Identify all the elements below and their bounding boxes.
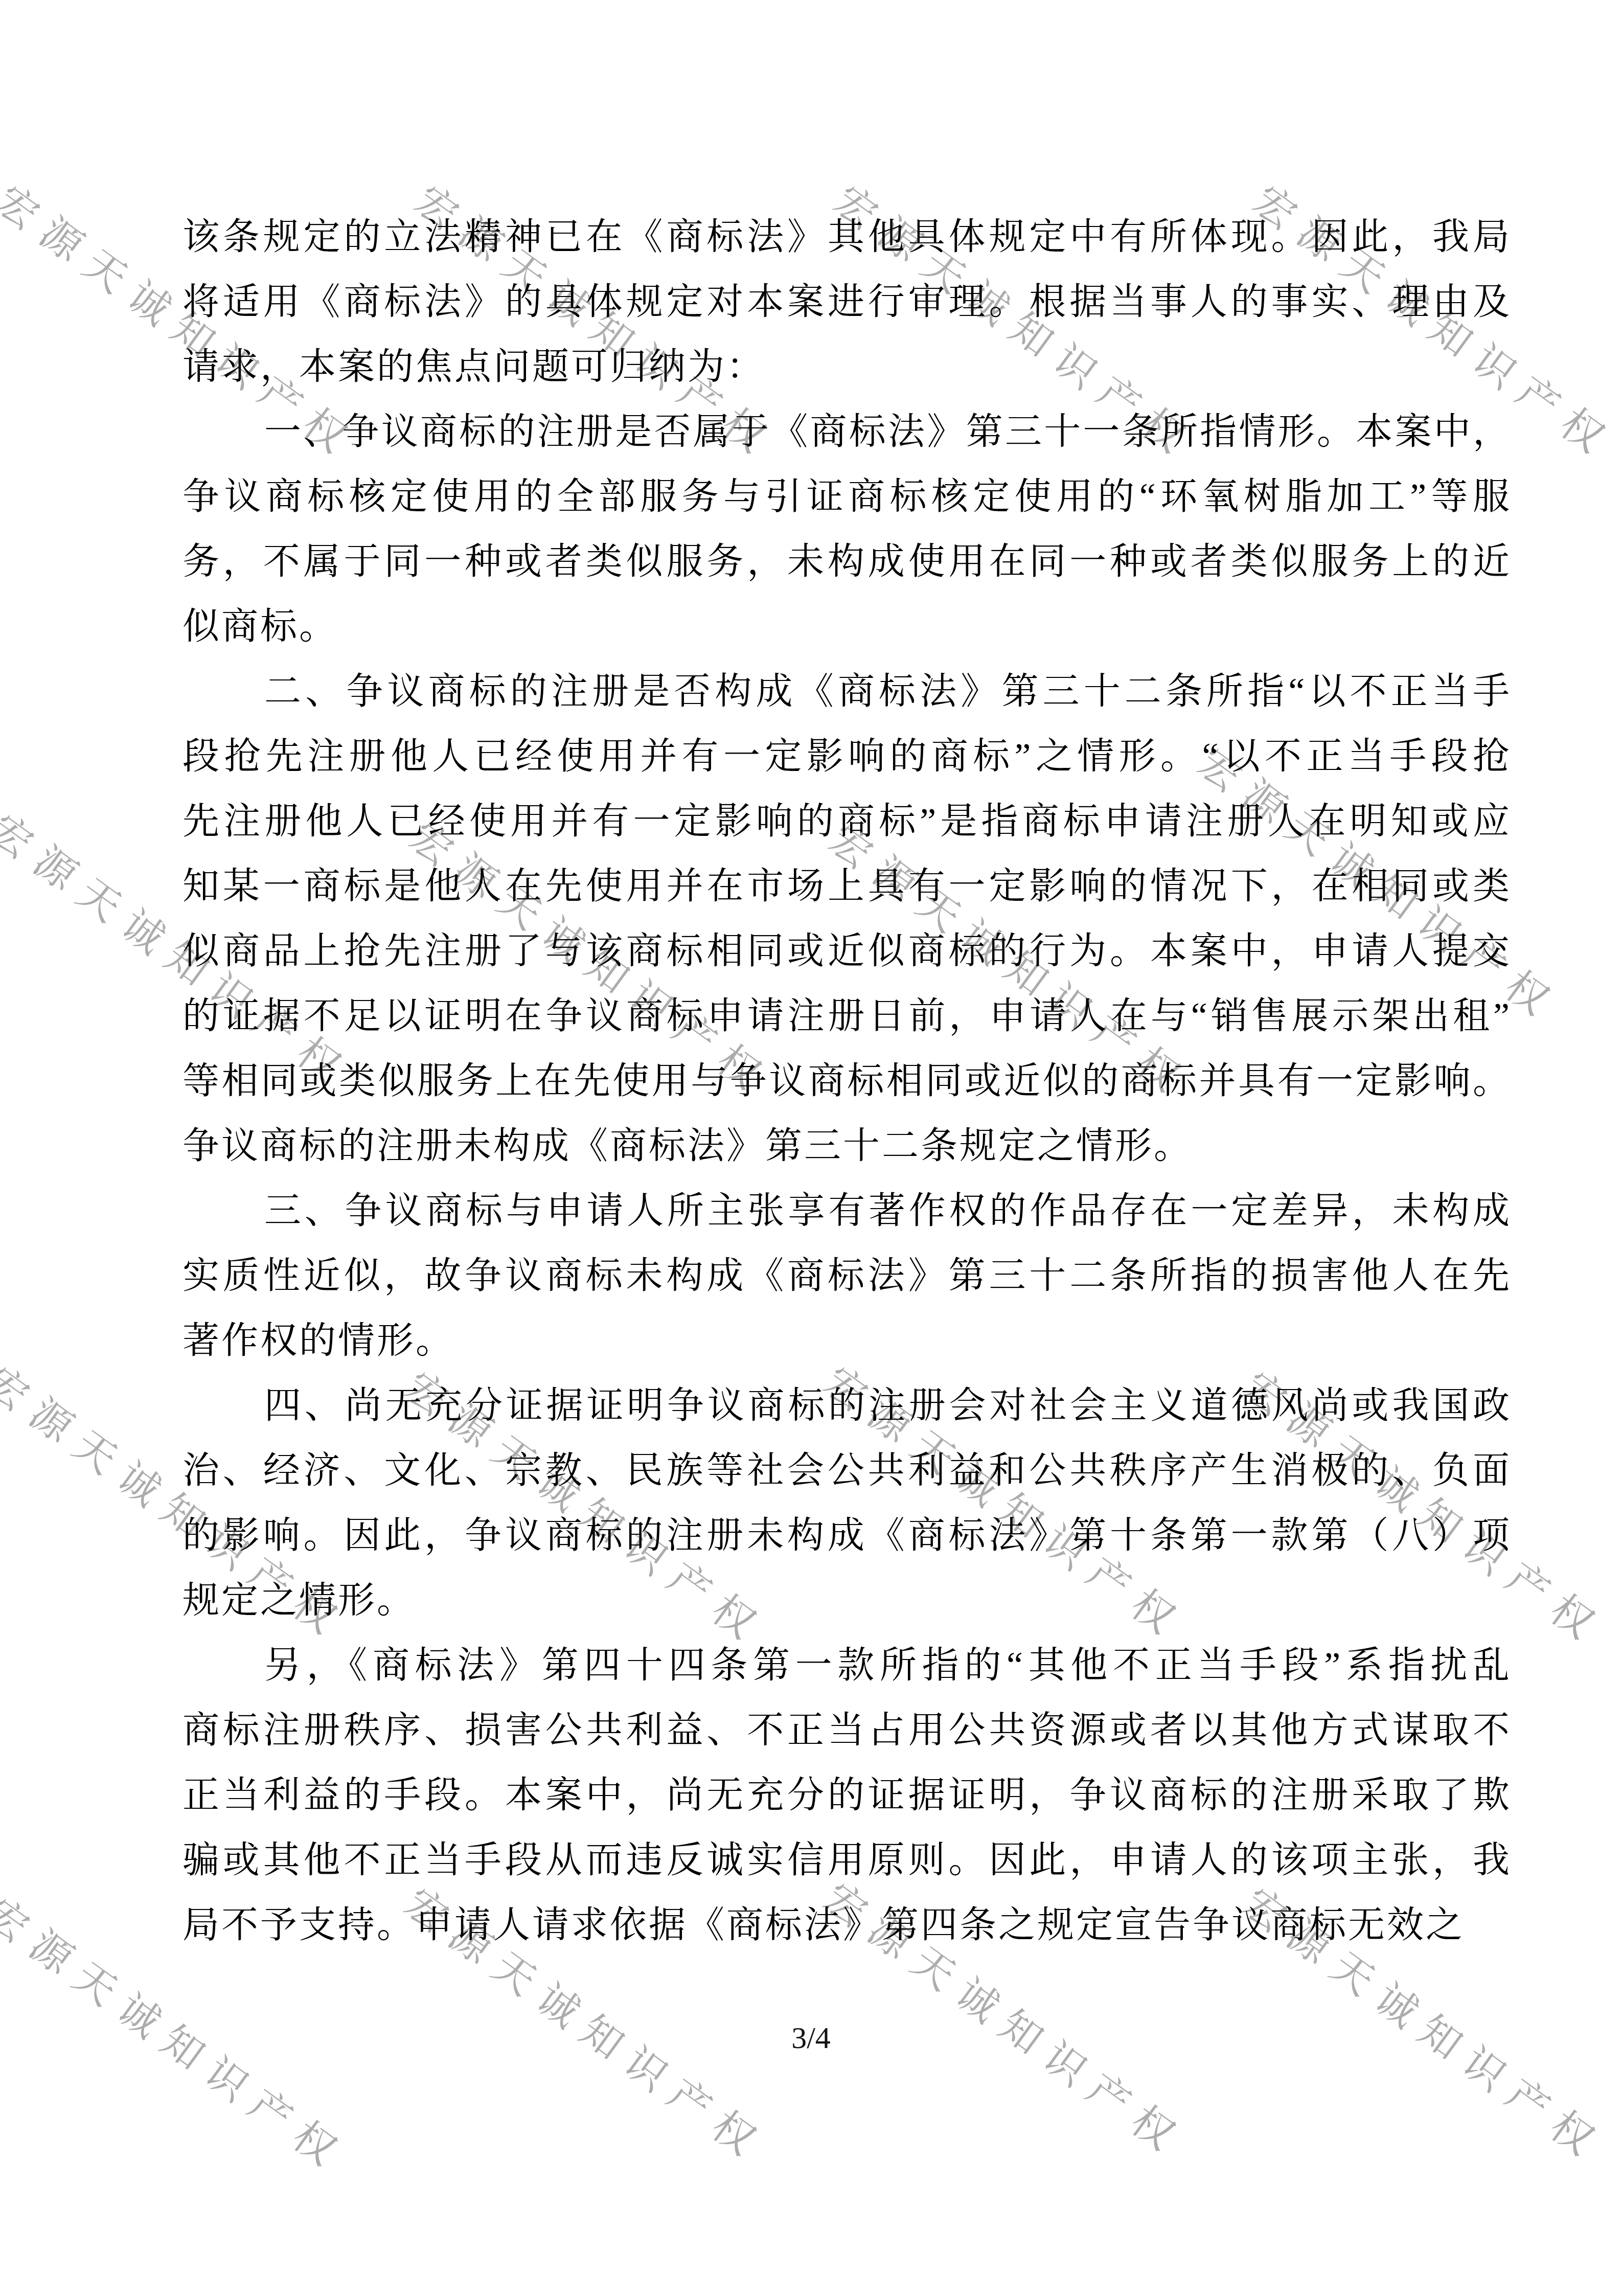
text-line: 一、争议商标的注册是否属于《商标法》第三十一条所指情形。本案中， [182,399,1512,464]
text-line: 商标注册秩序、损害公共利益、不正当占用公共资源或者以其他方式谋取不 [182,1698,1512,1763]
text-line: 该条规定的立法精神已在《商标法》其他具体规定中有所体现。因此，我局 [182,204,1512,269]
text-line: 似商品上抢先注册了与该商标相同或近似商标的行为。本案中，申请人提交 [182,919,1512,984]
document-text: 该条规定的立法精神已在《商标法》其他具体规定中有所体现。因此，我局将适用《商标法… [182,204,1512,1958]
text-line: 三、争议商标与申请人所主张享有著作权的作品存在一定差异，未构成 [182,1178,1512,1243]
text-line: 的证据不足以证明在争议商标申请注册日前，申请人在与“销售展示架出租” [182,984,1512,1049]
text-line: 争议商标的注册未构成《商标法》第三十二条规定之情形。 [182,1113,1512,1178]
text-line: 骗或其他不正当手段从而违反诚实信用原则。因此，申请人的该项主张，我 [182,1828,1512,1893]
text-line: 知某一商标是他人在先使用并在市场上具有一定影响的情况下，在相同或类 [182,854,1512,919]
text-line: 另，《商标法》第四十四条第一款所指的“其他不正当手段”系指扰乱 [182,1633,1512,1698]
text-line: 正当利益的手段。本案中，尚无充分的证据证明，争议商标的注册采取了欺 [182,1763,1512,1828]
text-line: 先注册他人已经使用并有一定影响的商标”是指商标申请注册人在明知或应 [182,789,1512,854]
document-page: 宏源天诚知识产权宏源天诚知识产权宏源天诚知识产权宏源天诚知识产权宏源天诚知识产权… [0,0,1622,2296]
text-line: 治、经济、文化、宗教、民族等社会公共利益和公共秩序产生消极的、负面 [182,1438,1512,1503]
text-line: 四、尚无充分证据证明争议商标的注册会对社会主义道德风尚或我国政 [182,1373,1512,1438]
text-line: 段抢先注册他人已经使用并有一定影响的商标”之情形。“以不正当手段抢 [182,724,1512,789]
text-line: 请求，本案的焦点问题可归纳为： [182,334,1512,399]
text-line: 似商标。 [182,594,1512,659]
text-line: 规定之情形。 [182,1568,1512,1633]
text-line: 务，不属于同一种或者类似服务，未构成使用在同一种或者类似服务上的近 [182,529,1512,594]
page-number: 3/4 [0,2020,1622,2056]
text-line: 局不予支持。申请人请求依据《商标法》第四条之规定宣告争议商标无效之 [182,1893,1512,1958]
text-line: 的影响。因此，争议商标的注册未构成《商标法》第十条第一款第（八）项 [182,1503,1512,1568]
text-line: 二、争议商标的注册是否构成《商标法》第三十二条所指“以不正当手 [182,659,1512,724]
text-line: 等相同或类似服务上在先使用与争议商标相同或近似的商标并具有一定影响。 [182,1049,1512,1113]
text-line: 著作权的情形。 [182,1308,1512,1373]
text-line: 争议商标核定使用的全部服务与引证商标核定使用的“环氧树脂加工”等服 [182,464,1512,529]
text-line: 将适用《商标法》的具体规定对本案进行审理。根据当事人的事实、理由及 [182,269,1512,334]
text-line: 实质性近似，故争议商标未构成《商标法》第三十二条所指的损害他人在先 [182,1243,1512,1308]
